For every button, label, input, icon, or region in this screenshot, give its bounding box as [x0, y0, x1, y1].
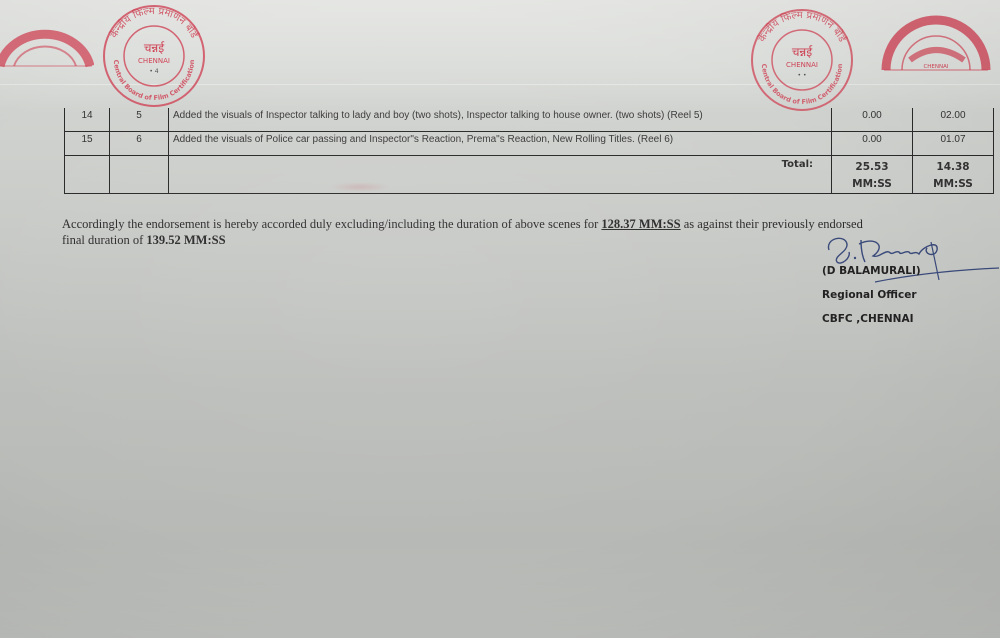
- signatory-designation: Regional Officer: [822, 289, 921, 313]
- stamp-hindi-text: केन्द्रीय फिल्म प्रमाणन बोर्ड: [108, 6, 201, 41]
- table-row: 15 6 Added the visuals of Police car pas…: [65, 132, 994, 156]
- endorsement-text: final duration of: [62, 233, 146, 247]
- serial-number: 14: [65, 108, 110, 132]
- stamp-city-hindi: चन्नई: [792, 45, 813, 59]
- scene-description: Added the visuals of Inspector talking t…: [169, 108, 832, 132]
- total-deleted: 25.53 MM:SS: [832, 156, 913, 194]
- signatory-name: (D BALAMURALI): [822, 265, 921, 289]
- cbfc-round-stamp: केन्द्रीय फिल्म प्रमाणन बोर्ड Central Bo…: [100, 2, 208, 110]
- previous-duration: 139.52 MM:SS: [146, 233, 225, 247]
- table-row: 14 5 Added the visuals of Inspector talk…: [65, 108, 994, 132]
- added-duration: 01.07: [913, 132, 994, 156]
- signatory-office: CBFC ,CHENNAI: [822, 313, 921, 337]
- svg-text:• •: • •: [798, 72, 807, 79]
- serial-number: 15: [65, 132, 110, 156]
- new-duration: 128.37 MM:SS: [601, 217, 680, 231]
- total-deleted-value: 25.53: [836, 159, 908, 176]
- scene-changes-table: 14 5 Added the visuals of Inspector talk…: [64, 108, 994, 194]
- total-deleted-unit: MM:SS: [836, 176, 908, 193]
- endorsement-text: Accordingly the endorsement is hereby ac…: [62, 217, 601, 231]
- svg-text:केन्द्रीय फिल्म प्रमाणन बोर्ड: केन्द्रीय फिल्म प्रमाणन बोर्ड: [108, 6, 201, 41]
- total-added-value: 14.38: [917, 159, 989, 176]
- half-stamp-city: CHENNAI: [923, 64, 948, 70]
- svg-text:केन्द्रीय फिल्म प्रमाणन बोर्ड: केन्द्रीय फिल्म प्रमाणन बोर्ड: [756, 10, 849, 45]
- reel-number: 6: [110, 132, 169, 156]
- total-row: Total: 25.53 MM:SS 14.38 MM:SS: [65, 156, 994, 194]
- total-added: 14.38 MM:SS: [913, 156, 994, 194]
- deleted-duration: 0.00: [832, 108, 913, 132]
- svg-text:• 4: • 4: [149, 68, 158, 75]
- signatory-block: (D BALAMURALI) Regional Officer CBFC ,CH…: [822, 265, 921, 337]
- added-duration: 02.00: [913, 108, 994, 132]
- stamp-city: CHENNAI: [138, 57, 170, 65]
- ink-smudge: [330, 182, 390, 192]
- stamp-city-hindi: चन्नई: [144, 41, 165, 55]
- total-label: Total:: [169, 156, 832, 194]
- total-added-unit: MM:SS: [917, 176, 989, 193]
- cbfc-round-stamp: केन्द्रीय फिल्म प्रमाणन बोर्ड Central Bo…: [748, 6, 856, 114]
- half-seal-stamp: CHENNAI: [880, 10, 992, 72]
- scene-description: Added the visuals of Police car passing …: [169, 132, 832, 156]
- partial-seal-stamp-left: [0, 22, 94, 70]
- deleted-duration: 0.00: [832, 132, 913, 156]
- stamp-city: CHENNAI: [786, 61, 818, 69]
- reel-number: 5: [110, 108, 169, 132]
- stamp-hindi-text: केन्द्रीय फिल्म प्रमाणन बोर्ड: [756, 10, 849, 45]
